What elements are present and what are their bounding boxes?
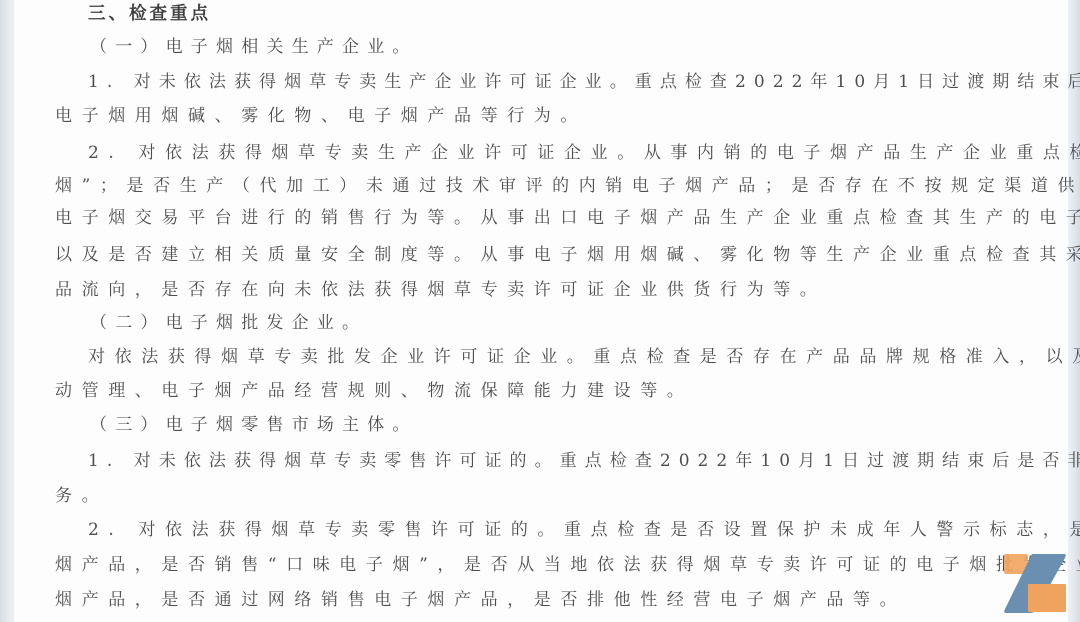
paragraph-line: 2. 对依法获得烟草专卖生产企业许可证企业。从事内销的电子烟产品生产企业重点检查… bbox=[88, 143, 1080, 163]
zhi-logo-icon bbox=[1002, 552, 1068, 614]
subsection-title-1: （一）电子烟相关生产企业。 bbox=[90, 37, 418, 57]
paragraph-line: 品流向，是否存在向未依法获得烟草专卖许可证企业供货行为等。 bbox=[55, 280, 826, 300]
paragraph-line: 2. 对依法获得烟草专卖零售许可证的。重点检查是否设置保护未成年人警示标志，是否… bbox=[88, 520, 1080, 540]
paragraph-line: 1. 对未依法获得烟草专卖零售许可证的。重点检查2022年10月1日过渡期结束后… bbox=[88, 451, 1080, 471]
paragraph-line: 以及是否建立相关质量安全制度等。从事电子烟用烟碱、雾化物等生产企业重点检查其采购… bbox=[55, 245, 1080, 265]
paragraph-line: 务。 bbox=[55, 486, 108, 506]
paragraph-line: 对依法获得烟草专卖批发企业许可证企业。重点检查是否存在产品品牌规格准入，以及生产… bbox=[88, 347, 1080, 367]
paragraph-line: 动管理、电子烟产品经营规则、物流保障能力建设等。 bbox=[55, 381, 693, 401]
section-heading: 三、检查重点 bbox=[88, 4, 211, 24]
document-page: 三、检查重点 （一）电子烟相关生产企业。 1. 对未依法获得烟草专卖生产企业许可… bbox=[14, 0, 1068, 622]
paragraph-line: 1. 对未依法获得烟草专卖生产企业许可证企业。重点检查2022年10月1日过渡期… bbox=[88, 72, 1080, 92]
left-page-margin bbox=[0, 0, 14, 622]
paragraph-line: 电子烟交易平台进行的销售行为等。从事出口电子烟产品生产企业重点检查其生产的电子烟… bbox=[55, 208, 1080, 228]
paragraph-line: 烟产品，是否通过网络销售电子烟产品，是否排他性经营电子烟产品等。 bbox=[55, 590, 906, 610]
subsection-title-3: （三）电子烟零售市场主体。 bbox=[90, 415, 418, 435]
subsection-title-2: （二）电子烟批发企业。 bbox=[90, 313, 367, 333]
paragraph-line: 电子烟用烟碱、雾化物、电子烟产品等行为。 bbox=[55, 106, 587, 126]
paragraph-line: 烟”；是否生产（代加工）未通过技术审评的内销电子烟产品；是否存在不按规定渠道供货… bbox=[55, 176, 1080, 196]
paragraph-line: 烟产品，是否销售“口味电子烟”，是否从当地依法获得烟草专卖许可证的电子烟批发企业… bbox=[55, 555, 1080, 575]
